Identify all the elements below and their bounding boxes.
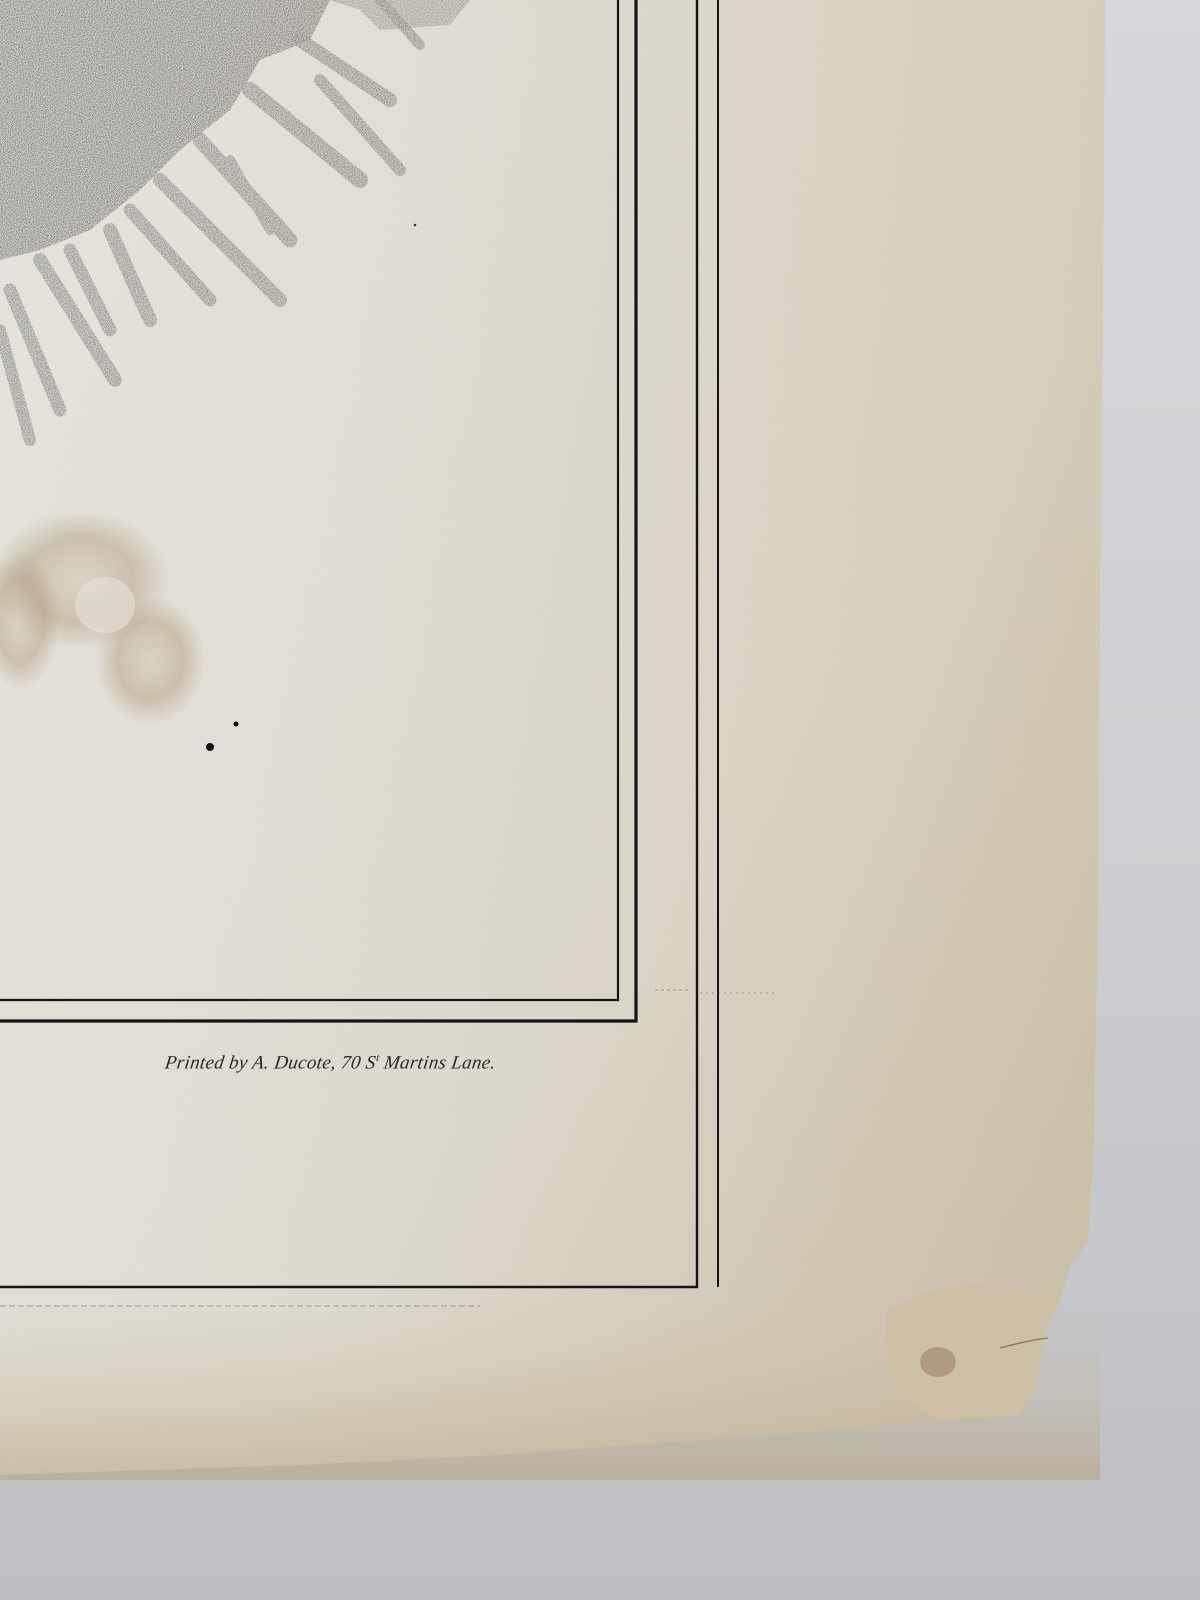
printer-imprint: Printed by A. Ducote, 70 St Martins Lane… (163, 1052, 497, 1074)
imprint-text-after: Martins Lane. (378, 1052, 498, 1073)
imprint-text-before: Printed by A. Ducote, 70 S (164, 1052, 378, 1073)
print-sheet (0, 0, 1200, 1600)
